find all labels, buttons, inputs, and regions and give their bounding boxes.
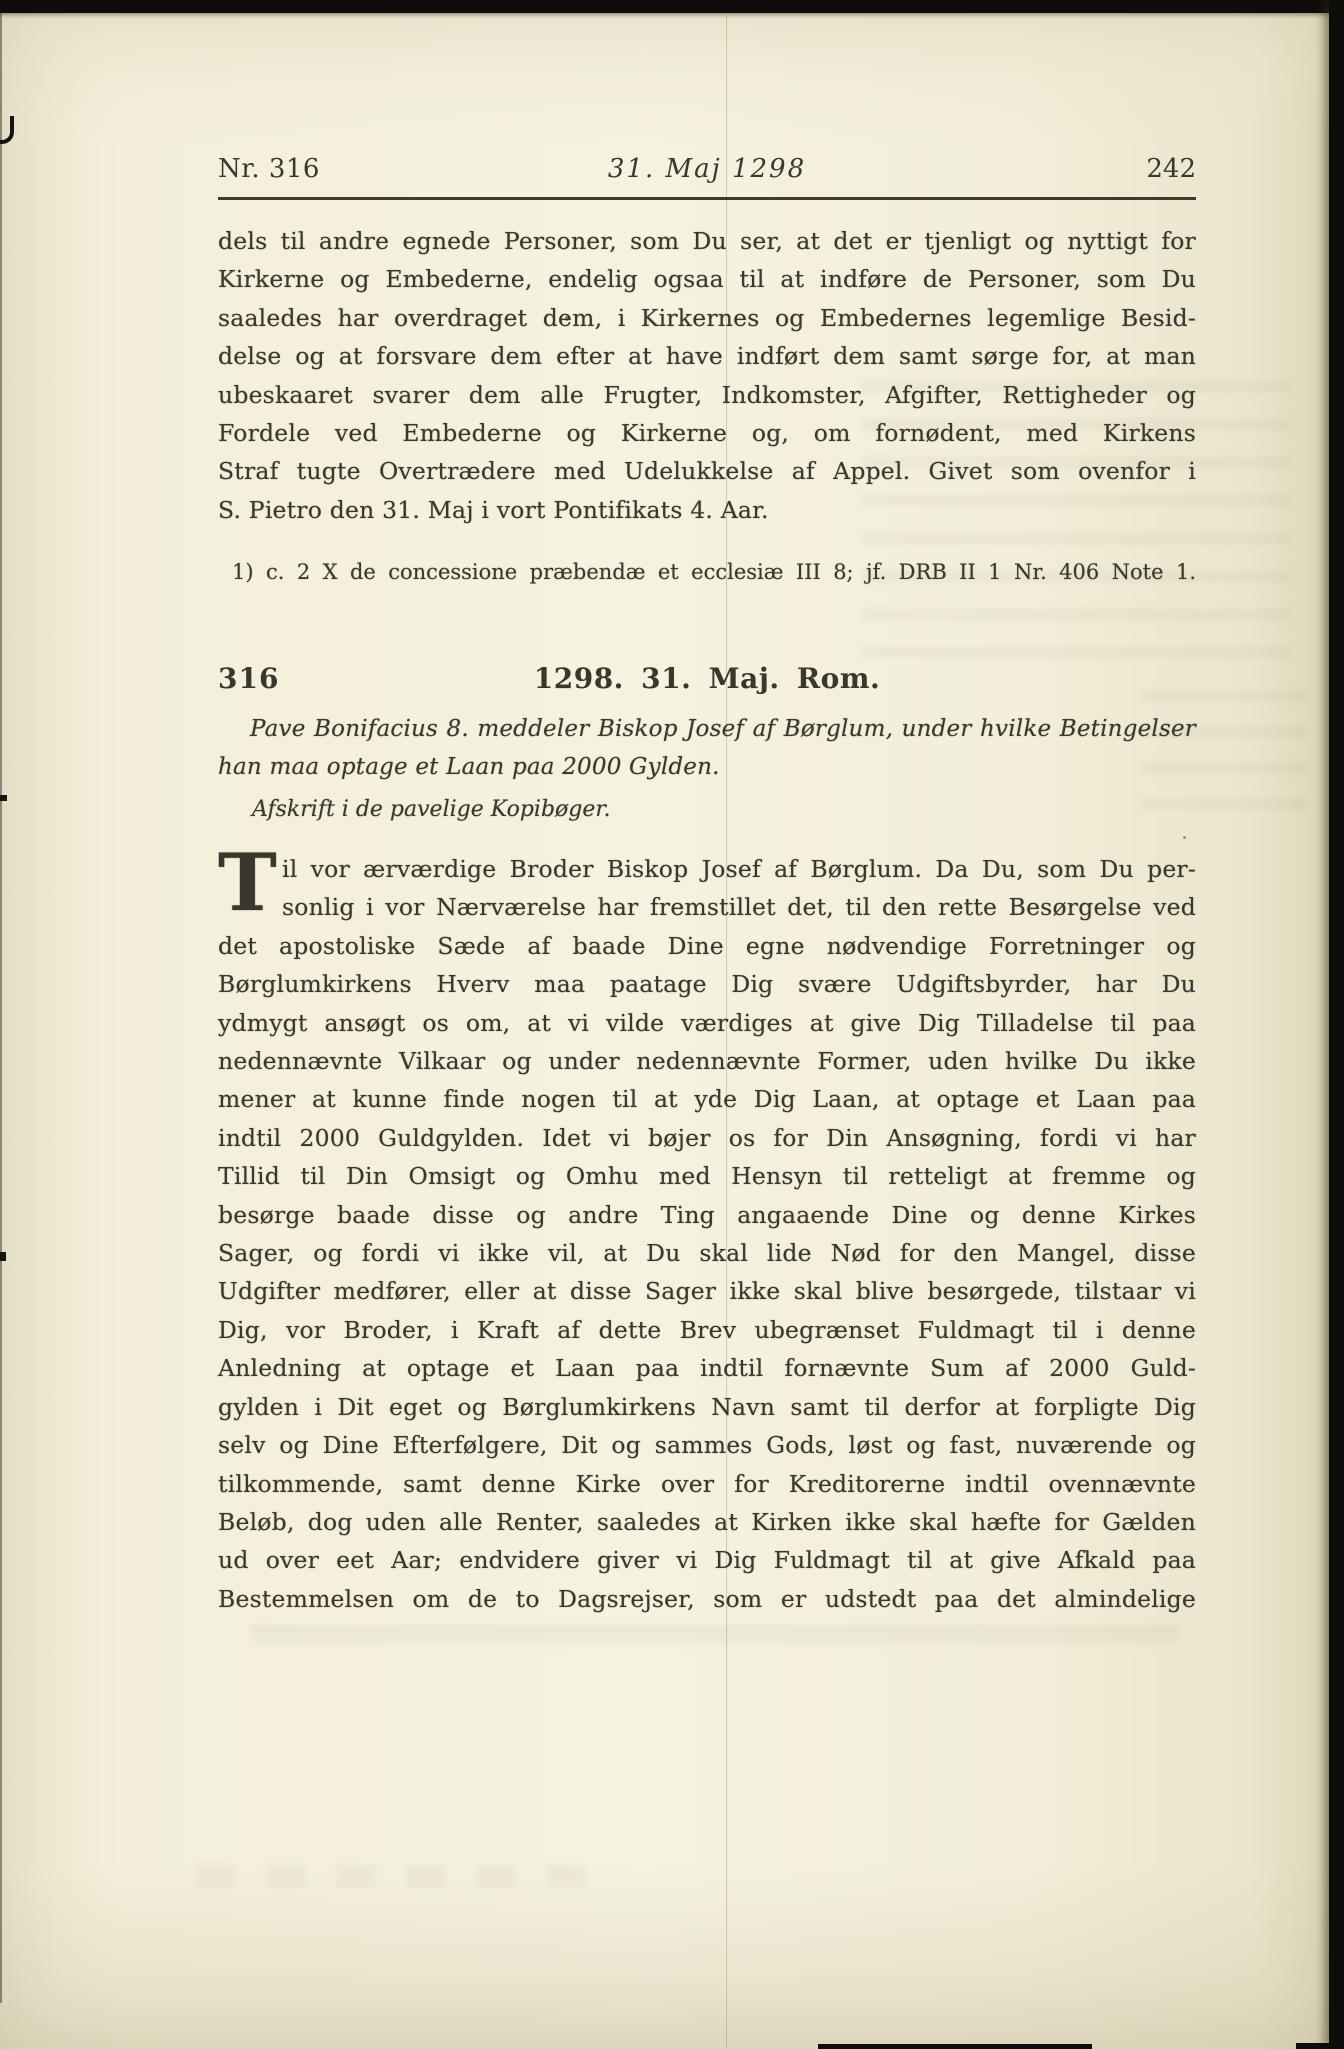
text-line: saaledes har overdraget dem, i Kirkernes… bbox=[218, 299, 1196, 337]
text-line: Pave Bonifacius 8. meddeler Biskop Josef… bbox=[218, 710, 1196, 748]
scan-artifact-mark bbox=[0, 1252, 6, 1261]
text-line: Sager, og fordi vi ikke vil, at Du skal … bbox=[218, 1234, 1196, 1272]
scanned-book-page: Nr. 316 31. Maj 1298 242 dels til andre … bbox=[0, 0, 1344, 2049]
text-line: tilkommende, samt denne Kirke over for K… bbox=[218, 1465, 1196, 1503]
scan-artifact-mark bbox=[0, 795, 7, 801]
header-entry-ref: Nr. 316 bbox=[218, 154, 320, 184]
entry-heading: 316 1298. 31. Maj. Rom. bbox=[218, 662, 1196, 702]
text-line: Udgifter medfører, eller at disse Sager … bbox=[218, 1272, 1196, 1310]
running-header: Nr. 316 31. Maj 1298 242 bbox=[218, 154, 1196, 188]
text-line: sonlig i vor Nærværelse har fremstillet … bbox=[218, 888, 1196, 926]
entry-summary: Pave Bonifacius 8. meddeler Biskop Josef… bbox=[218, 710, 1196, 786]
text-line: Dig, vor Broder, i Kraft af dette Brev u… bbox=[218, 1311, 1196, 1349]
text-line: Anledning at optage et Laan paa indtil f… bbox=[218, 1349, 1196, 1387]
text-line: Børglumkirkens Hverv maa paatage Dig svæ… bbox=[218, 965, 1196, 1003]
showthrough-ghost bbox=[250, 1625, 1180, 1647]
scan-edge-left bbox=[0, 13, 2, 2003]
page-number: 242 bbox=[1146, 154, 1196, 184]
text-line: det apostoliske Sæde af baade Dine egne … bbox=[218, 927, 1196, 965]
text-line: S. Pietro den 31. Maj i vort Pontifikats… bbox=[218, 491, 1196, 529]
text-line: Fordele ved Embederne og Kirkerne og, om… bbox=[218, 414, 1196, 452]
continuation-paragraph: dels til andre egnede Personer, som Du s… bbox=[218, 222, 1196, 529]
header-rule bbox=[218, 197, 1196, 200]
text-line: Tillid til Din Omsigt og Omhu med Hensyn… bbox=[218, 1157, 1196, 1195]
scan-edge-right bbox=[1329, 0, 1344, 2049]
text-line: ubeskaaret svarer dem alle Frugter, Indk… bbox=[218, 376, 1196, 414]
text-line: Straf tugte Overtrædere med Udelukkelse … bbox=[218, 452, 1196, 490]
text-line: nedennævnte Vilkaar og under nedennævnte… bbox=[218, 1042, 1196, 1080]
letter-body: T il vor ærværdige Broder Biskop Josef a… bbox=[218, 850, 1196, 1618]
text-line: besørge baade disse og andre Ting angaae… bbox=[218, 1196, 1196, 1234]
text-line: mener at kunne finde nogen til at yde Di… bbox=[218, 1080, 1196, 1118]
scan-artifact-mark bbox=[0, 116, 14, 144]
drop-cap-initial: T bbox=[218, 853, 272, 926]
entry-number: 316 bbox=[218, 662, 279, 695]
text-line: ydmygt ansøgt os om, at vi vilde værdige… bbox=[218, 1004, 1196, 1042]
text-line: ud over eet Aar; endvidere giver vi Dig … bbox=[218, 1541, 1196, 1579]
entry-source-note: Afskrift i de pavelige Kopibøger. bbox=[218, 797, 1196, 822]
text-line: Kirkerne og Embederne, endelig ogsaa til… bbox=[218, 260, 1196, 298]
entry-date-heading: 1298. 31. Maj. Rom. bbox=[218, 662, 1196, 695]
text-line: selv og Dine Efterfølgere, Dit og sammes… bbox=[218, 1426, 1196, 1464]
scan-edge-bottom bbox=[818, 2044, 1092, 2049]
text-line: dels til andre egnede Personer, som Du s… bbox=[218, 222, 1196, 260]
text-line: Bestemmelsen om de to Dagsrejser, som er… bbox=[218, 1580, 1196, 1618]
scan-speck bbox=[1183, 836, 1186, 839]
text-line: delse og at forsvare dem efter at have i… bbox=[218, 337, 1196, 375]
scan-edge-top bbox=[0, 0, 1344, 13]
text-line: indtil 2000 Guldgylden. Idet vi bøjer os… bbox=[218, 1119, 1196, 1157]
header-date: 31. Maj 1298 bbox=[608, 154, 806, 184]
text-line: gylden i Dit eget og Børglumkirkens Navn… bbox=[218, 1388, 1196, 1426]
showthrough-ghost bbox=[196, 1864, 616, 1888]
scan-edge-bottom bbox=[1296, 2043, 1344, 2049]
text-line: Beløb, dog uden alle Renter, saaledes at… bbox=[218, 1503, 1196, 1541]
text-line: il vor ærværdige Broder Biskop Josef af … bbox=[218, 850, 1196, 888]
footnote: 1) c. 2 X de concessione præbendæ et ecc… bbox=[218, 557, 1196, 587]
text-line: han maa optage et Laan paa 2000 Gylden. bbox=[218, 748, 1196, 786]
